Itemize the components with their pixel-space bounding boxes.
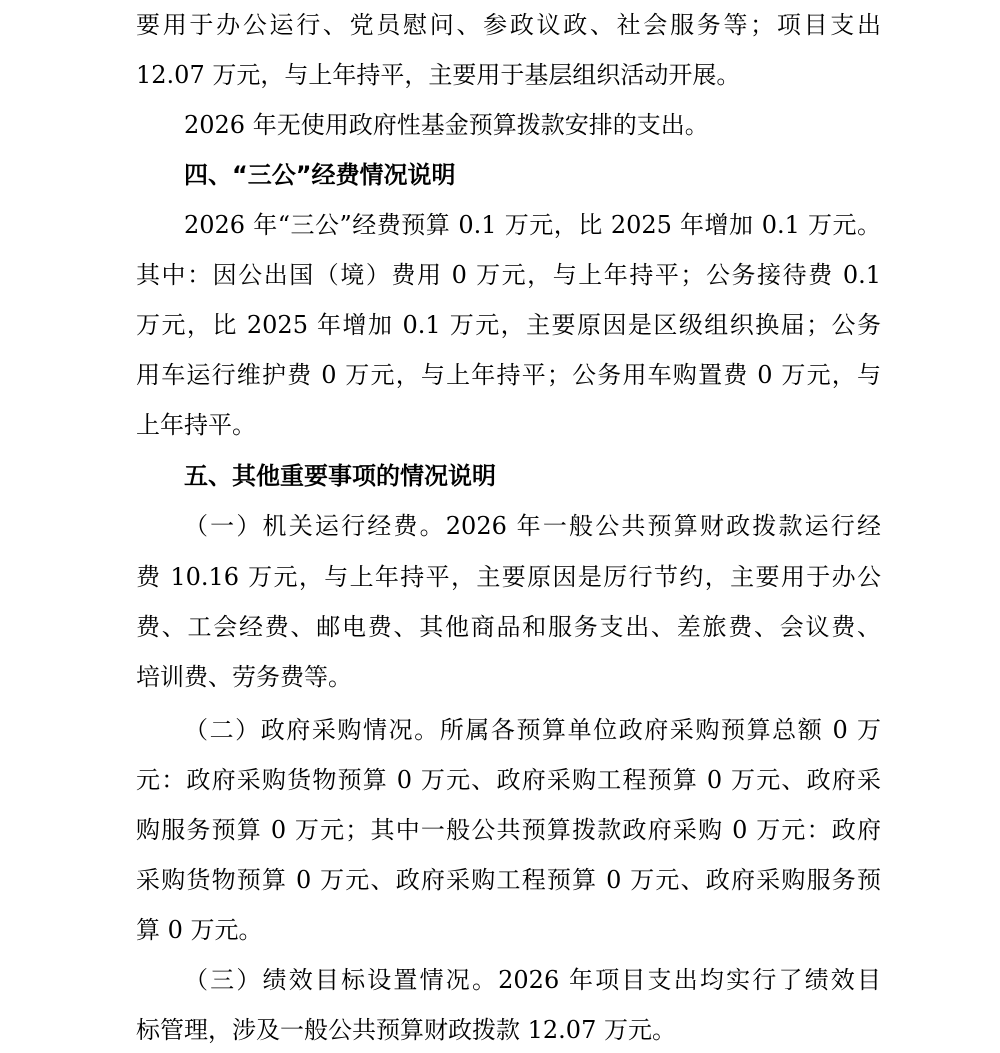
text-line: 标管理，涉及一般公共预算财政拨款 12.07 万元。 xyxy=(136,1005,881,1053)
text-line: 采购货物预算 0 万元、政府采购工程预算 0 万元、政府采购服务预 xyxy=(136,855,881,905)
section-heading-other-matters: 五、其他重要事项的情况说明 xyxy=(184,451,881,501)
section-heading-three-public-expenses: 四、“三公”经费情况说明 xyxy=(184,150,881,200)
text-line: 上年持平。 xyxy=(136,400,881,450)
text-line: 12.07 万元，与上年持平，主要用于基层组织活动开展。 xyxy=(136,50,881,100)
text-line: 要用于办公运行、党员慰问、参政议政、社会服务等；项目支出 xyxy=(136,0,881,50)
text-line: 培训费、劳务费等。 xyxy=(136,652,881,702)
text-line: 2026 年“三公”经费预算 0.1 万元，比 2025 年增加 0.1 万元。 xyxy=(184,200,881,250)
text-line: 算 0 万元。 xyxy=(136,905,881,955)
text-line: 元：政府采购货物预算 0 万元、政府采购工程预算 0 万元、政府采 xyxy=(136,755,881,805)
text-line: 用车运行维护费 0 万元，与上年持平；公务用车购置费 0 万元，与 xyxy=(136,350,881,400)
text-line: （一）机关运行经费。2026 年一般公共预算财政拨款运行经 xyxy=(184,501,881,551)
text-line: （三）绩效目标设置情况。2026 年项目支出均实行了绩效目 xyxy=(184,955,881,1005)
text-line: （二）政府采购情况。所属各预算单位政府采购预算总额 0 万 xyxy=(184,705,881,755)
text-line: 费 10.16 万元，与上年持平，主要原因是厉行节约，主要用于办公 xyxy=(136,552,881,602)
text-line: 其中：因公出国（境）费用 0 万元，与上年持平；公务接待费 0.1 xyxy=(136,250,881,300)
text-line: 购服务预算 0 万元；其中一般公共预算拨款政府采购 0 万元：政府 xyxy=(136,805,881,855)
text-line: 2026 年无使用政府性基金预算拨款安排的支出。 xyxy=(184,100,881,150)
text-line: 万元，比 2025 年增加 0.1 万元，主要原因是区级组织换届；公务 xyxy=(136,300,881,350)
document-page: 要用于办公运行、党员慰问、参政议政、社会服务等；项目支出 12.07 万元，与上… xyxy=(0,0,1000,1053)
text-line: 费、工会经费、邮电费、其他商品和服务支出、差旅费、会议费、 xyxy=(136,602,881,652)
